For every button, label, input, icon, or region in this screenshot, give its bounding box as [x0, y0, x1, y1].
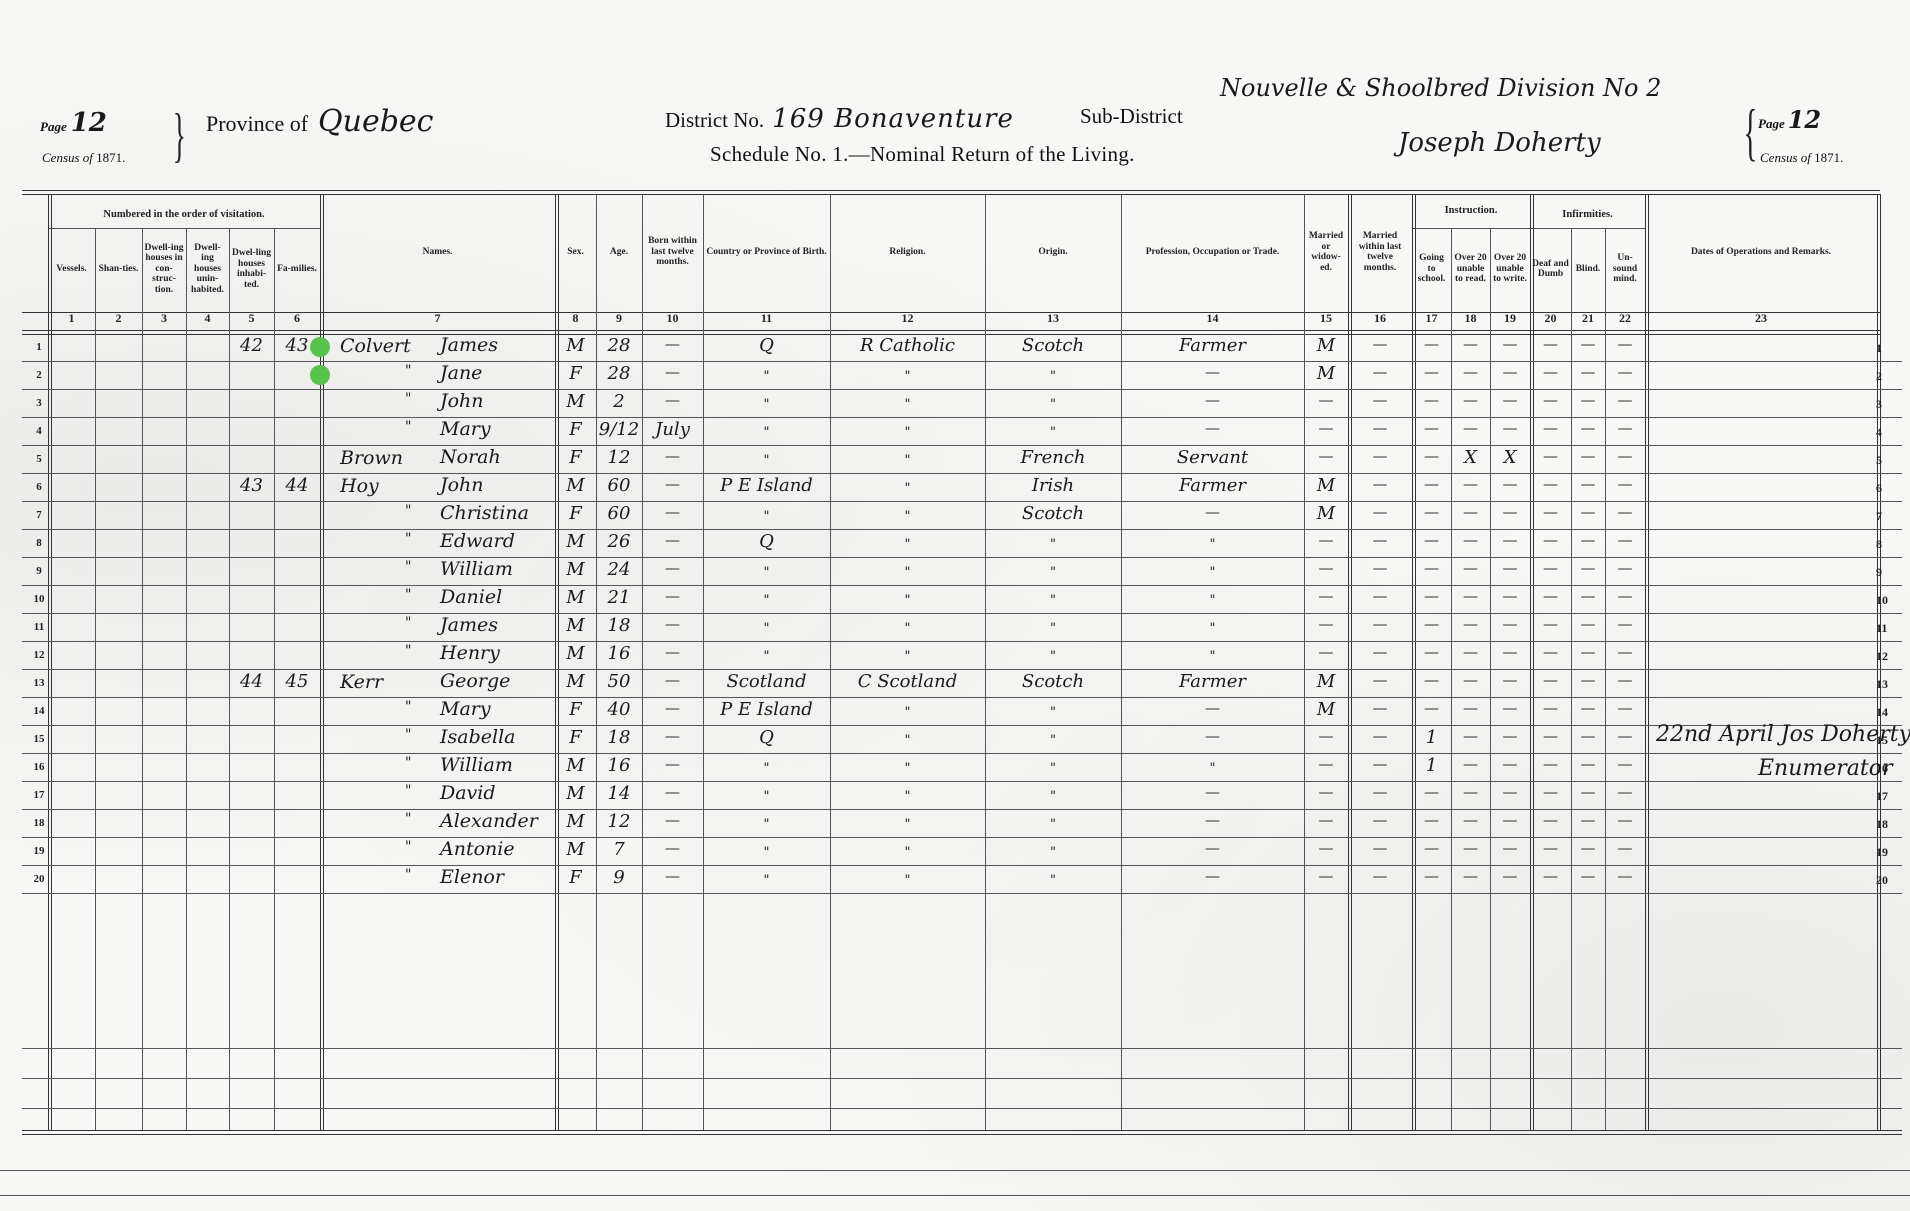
column-number-8: 8	[555, 311, 596, 326]
surname-cell: "	[405, 699, 411, 715]
origin-cell: "	[985, 761, 1121, 776]
row-marker-dot[interactable]	[310, 365, 330, 385]
age-cell: 21	[596, 587, 642, 608]
subdistrict-value: Nouvelle & Shoolbred Division No 2	[1220, 74, 1661, 102]
row-divider	[22, 473, 1902, 474]
read-cell: X	[1451, 447, 1490, 468]
read-cell: —	[1451, 587, 1490, 605]
family-cell: 44	[274, 475, 320, 496]
married-cell: —	[1304, 755, 1348, 773]
column-divider	[142, 228, 143, 1130]
age-cell: 18	[596, 727, 642, 748]
deaf-cell: —	[1530, 671, 1571, 689]
column-header-10: Born within last twelve months.	[644, 196, 701, 308]
birth-cell: "	[703, 845, 830, 860]
row-divider	[22, 585, 1902, 586]
school-cell: —	[1412, 559, 1451, 577]
mwl-cell: —	[1348, 839, 1412, 857]
write-cell: —	[1490, 867, 1530, 885]
surname-cell: "	[405, 839, 411, 855]
row-number-left: 10	[30, 593, 48, 605]
mwl-cell: —	[1348, 503, 1412, 521]
religion-cell: "	[830, 537, 985, 552]
blind-cell: —	[1571, 755, 1605, 773]
unsound-cell: —	[1605, 783, 1645, 801]
birth-cell: "	[703, 397, 830, 412]
born-cell: —	[642, 447, 703, 465]
blind-cell: —	[1571, 531, 1605, 549]
deaf-cell: —	[1530, 783, 1571, 801]
married-cell: —	[1304, 531, 1348, 549]
school-cell: —	[1412, 643, 1451, 661]
column-number-10: 10	[642, 311, 703, 326]
origin-cell: "	[985, 397, 1121, 412]
married-cell: M	[1304, 363, 1348, 384]
unsound-cell: —	[1605, 391, 1645, 409]
row-number-right: 12	[1876, 649, 1888, 664]
school-cell: —	[1412, 531, 1451, 549]
birth-cell: "	[703, 565, 830, 580]
province-field: Province ofQuebec	[206, 104, 433, 139]
blank-row-divider	[22, 1048, 1902, 1049]
column-number-14: 14	[1121, 311, 1304, 326]
row-number-right: 11	[1876, 621, 1887, 636]
birth-cell: "	[703, 621, 830, 636]
column-header-18: Over 20 unable to read.	[1453, 230, 1488, 308]
given-name-cell: Daniel	[440, 586, 550, 608]
sex-cell: F	[555, 699, 596, 720]
write-cell: —	[1490, 531, 1530, 549]
birth-cell: Scotland	[703, 671, 830, 692]
occupation-cell: —	[1121, 363, 1304, 381]
born-cell: —	[642, 643, 703, 661]
column-header-4: Dwell-ing houses unin-habited.	[188, 230, 227, 308]
row-number-left: 3	[30, 397, 48, 409]
row-number-right: 19	[1876, 845, 1888, 860]
unsound-cell: —	[1605, 867, 1645, 885]
write-cell: —	[1490, 335, 1530, 353]
mwl-cell: —	[1348, 783, 1412, 801]
write-cell: —	[1490, 391, 1530, 409]
married-cell: —	[1304, 811, 1348, 829]
age-cell: 26	[596, 531, 642, 552]
row-divider	[22, 893, 1902, 894]
born-cell: —	[642, 531, 703, 549]
married-cell: —	[1304, 643, 1348, 661]
school-cell: —	[1412, 783, 1451, 801]
deaf-cell: —	[1530, 559, 1571, 577]
married-cell: —	[1304, 839, 1348, 857]
occupation-cell: Farmer	[1121, 475, 1304, 496]
page-label: Page	[1758, 116, 1785, 131]
read-cell: —	[1451, 643, 1490, 661]
write-cell: —	[1490, 559, 1530, 577]
sex-cell: M	[555, 643, 596, 664]
age-cell: 2	[596, 391, 642, 412]
given-name-cell: Antonie	[440, 838, 550, 860]
occupation-cell: Farmer	[1121, 671, 1304, 692]
row-number-left: 4	[30, 425, 48, 437]
religion-cell: C Scotland	[830, 671, 985, 692]
age-cell: 12	[596, 447, 642, 468]
origin-cell: "	[985, 369, 1121, 384]
birth-cell: "	[703, 425, 830, 440]
sex-cell: M	[555, 839, 596, 860]
age-cell: 40	[596, 699, 642, 720]
blind-cell: —	[1571, 559, 1605, 577]
born-cell: —	[642, 391, 703, 409]
column-divider	[186, 228, 187, 1130]
column-header-7: Names.	[322, 196, 553, 308]
school-cell: —	[1412, 447, 1451, 465]
deaf-cell: —	[1530, 475, 1571, 493]
unsound-cell: —	[1605, 447, 1645, 465]
write-cell: —	[1490, 503, 1530, 521]
given-name-cell: Jane	[440, 362, 550, 384]
row-number-left: 8	[30, 537, 48, 549]
birth-cell: "	[703, 789, 830, 804]
unsound-cell: —	[1605, 587, 1645, 605]
row-divider	[22, 753, 1902, 754]
surname-cell: "	[405, 503, 411, 519]
surname-cell: "	[405, 419, 411, 435]
row-divider	[22, 445, 1902, 446]
infirmities-group-header: Infirmities.	[1530, 209, 1645, 220]
origin-cell: "	[985, 733, 1121, 748]
row-divider	[22, 529, 1902, 530]
surname-cell: "	[405, 643, 411, 659]
married-cell: —	[1304, 727, 1348, 745]
row-number-left: 17	[30, 789, 48, 801]
row-number-right: 14	[1876, 705, 1888, 720]
deaf-cell: —	[1530, 587, 1571, 605]
origin-cell: "	[985, 845, 1121, 860]
infirmities-group-line	[1530, 228, 1645, 229]
given-name-cell: William	[440, 558, 550, 580]
read-cell: —	[1451, 755, 1490, 773]
surname-cell: Colvert	[340, 335, 411, 357]
school-cell: —	[1412, 615, 1451, 633]
row-number-right: 5	[1876, 453, 1882, 468]
row-number-right: 7	[1876, 509, 1882, 524]
row-number-right: 2	[1876, 369, 1882, 384]
born-cell: —	[642, 699, 703, 717]
religion-cell: "	[830, 369, 985, 384]
row-number-left: 14	[30, 705, 48, 717]
deaf-cell: —	[1530, 643, 1571, 661]
sex-cell: M	[555, 587, 596, 608]
blind-cell: —	[1571, 503, 1605, 521]
column-number-16: 16	[1348, 311, 1412, 326]
occupation-cell: —	[1121, 391, 1304, 409]
religion-cell: "	[830, 817, 985, 832]
born-cell: —	[642, 587, 703, 605]
mwl-cell: —	[1348, 559, 1412, 577]
surname-cell: Kerr	[340, 671, 383, 693]
column-header-9: Age.	[598, 196, 640, 308]
married-cell: M	[1304, 671, 1348, 692]
blind-cell: —	[1571, 671, 1605, 689]
write-cell: —	[1490, 671, 1530, 689]
row-number-left: 1	[30, 341, 48, 353]
married-cell: M	[1304, 503, 1348, 524]
column-header-20: Deaf and Dumb	[1532, 230, 1569, 308]
blind-cell: —	[1571, 419, 1605, 437]
religion-cell: "	[830, 873, 985, 888]
surname-cell: Brown	[340, 447, 403, 469]
school-cell: —	[1412, 587, 1451, 605]
sex-cell: M	[555, 615, 596, 636]
given-name-cell: John	[440, 474, 550, 496]
row-number-left: 11	[30, 621, 48, 633]
sex-cell: F	[555, 867, 596, 888]
column-number-9: 9	[596, 311, 642, 326]
schedule-title: Schedule No. 1.—Nominal Return of the Li…	[710, 142, 1135, 167]
blind-cell: —	[1571, 699, 1605, 717]
occupation-cell: "	[1121, 761, 1304, 776]
school-cell: —	[1412, 391, 1451, 409]
write-cell: —	[1490, 755, 1530, 773]
column-header-2: Shan-ties.	[97, 230, 140, 308]
unsound-cell: —	[1605, 419, 1645, 437]
school-cell: 1	[1412, 727, 1451, 748]
surname-cell: Hoy	[340, 475, 379, 497]
given-name-cell: Henry	[440, 642, 550, 664]
read-cell: —	[1451, 867, 1490, 885]
born-cell: —	[642, 335, 703, 353]
deaf-cell: —	[1530, 699, 1571, 717]
column-number-7: 7	[320, 311, 555, 326]
given-name-cell: George	[440, 670, 550, 692]
house-cell: 44	[229, 671, 274, 692]
column-header-16: Married within last twelve months.	[1350, 196, 1410, 308]
mwl-cell: —	[1348, 531, 1412, 549]
write-cell: —	[1490, 587, 1530, 605]
married-cell: —	[1304, 867, 1348, 885]
origin-cell: "	[985, 705, 1121, 720]
row-number-left: 2	[30, 369, 48, 381]
age-cell: 14	[596, 783, 642, 804]
house-cell: 42	[229, 335, 274, 356]
given-name-cell: Christina	[440, 502, 550, 524]
row-number-right: 18	[1876, 817, 1888, 832]
read-cell: —	[1451, 811, 1490, 829]
unsound-cell: —	[1605, 531, 1645, 549]
religion-cell: "	[830, 593, 985, 608]
religion-cell: "	[830, 705, 985, 720]
read-cell: —	[1451, 391, 1490, 409]
unsound-cell: —	[1605, 811, 1645, 829]
row-number-left: 12	[30, 649, 48, 661]
row-number-left: 9	[30, 565, 48, 577]
origin-cell: "	[985, 593, 1121, 608]
column-header-3: Dwell-ing houses in con-struc-tion.	[144, 230, 184, 308]
column-header-11: Country or Province of Birth.	[705, 196, 828, 308]
column-number-20: 20	[1530, 311, 1571, 326]
mwl-cell: —	[1348, 755, 1412, 773]
row-number-right: 10	[1876, 593, 1888, 608]
unsound-cell: —	[1605, 643, 1645, 661]
origin-cell: Scotch	[985, 503, 1121, 524]
column-header-8: Sex.	[557, 196, 594, 308]
brace-right: {	[1743, 100, 1757, 164]
row-number-right: 6	[1876, 481, 1882, 496]
age-cell: 7	[596, 839, 642, 860]
mwl-cell: —	[1348, 699, 1412, 717]
remarks-date-signature: 22nd April Jos Doherty	[1656, 722, 1910, 747]
column-number-21: 21	[1571, 311, 1605, 326]
born-cell: —	[642, 615, 703, 633]
given-name-cell: Alexander	[440, 810, 550, 832]
read-cell: —	[1451, 503, 1490, 521]
unsound-cell: —	[1605, 755, 1645, 773]
age-cell: 28	[596, 335, 642, 356]
married-cell: —	[1304, 391, 1348, 409]
married-cell: —	[1304, 587, 1348, 605]
unsound-cell: —	[1605, 335, 1645, 353]
column-divider	[1645, 194, 1649, 1130]
married-cell: —	[1304, 559, 1348, 577]
sex-cell: M	[555, 531, 596, 552]
sex-cell: F	[555, 419, 596, 440]
religion-cell: "	[830, 845, 985, 860]
sex-cell: M	[555, 755, 596, 776]
occupation-cell: —	[1121, 839, 1304, 857]
occupation-cell: Servant	[1121, 447, 1304, 468]
origin-cell: "	[985, 537, 1121, 552]
occupation-cell: —	[1121, 867, 1304, 885]
row-divider	[22, 361, 1902, 362]
row-number-right: 9	[1876, 565, 1882, 580]
column-header-21: Blind.	[1573, 230, 1603, 308]
column-number-5: 5	[229, 311, 274, 326]
sex-cell: F	[555, 503, 596, 524]
born-cell: —	[642, 755, 703, 773]
visitation-group-header: Numbered in the order of visitation.	[48, 209, 320, 220]
column-number-23: 23	[1645, 311, 1877, 326]
deaf-cell: —	[1530, 839, 1571, 857]
page-number-right: Page12	[1758, 105, 1821, 134]
birth-cell: "	[703, 817, 830, 832]
page-number-value: 12	[1788, 105, 1821, 134]
column-header-17: Going to school.	[1414, 230, 1449, 308]
unsound-cell: —	[1605, 615, 1645, 633]
age-cell: 28	[596, 363, 642, 384]
sex-cell: F	[555, 727, 596, 748]
column-number-22: 22	[1605, 311, 1645, 326]
column-number-12: 12	[830, 311, 985, 326]
write-cell: X	[1490, 447, 1530, 468]
blind-cell: —	[1571, 335, 1605, 353]
row-number-left: 16	[30, 761, 48, 773]
write-cell: —	[1490, 727, 1530, 745]
given-name-cell: James	[440, 334, 550, 356]
mwl-cell: —	[1348, 811, 1412, 829]
occupation-cell: "	[1121, 537, 1304, 552]
column-header-12: Religion.	[832, 196, 983, 308]
district-label: District No.	[665, 108, 764, 132]
given-name-cell: Mary	[440, 418, 550, 440]
surname-cell: "	[405, 587, 411, 603]
sex-cell: M	[555, 559, 596, 580]
age-cell: 60	[596, 503, 642, 524]
mwl-cell: —	[1348, 447, 1412, 465]
census-label: Census of	[1760, 150, 1811, 165]
column-number-4: 4	[186, 311, 229, 326]
sex-cell: M	[555, 671, 596, 692]
column-header-6: Fa-milies.	[276, 230, 318, 308]
surname-cell: "	[405, 615, 411, 631]
table-bottom-border	[22, 1130, 1902, 1135]
visitation-group-line	[48, 228, 320, 229]
sex-cell: F	[555, 363, 596, 384]
occupation-cell: —	[1121, 503, 1304, 521]
given-name-cell: William	[440, 754, 550, 776]
school-cell: —	[1412, 475, 1451, 493]
unsound-cell: —	[1605, 671, 1645, 689]
census-label: Census of	[42, 150, 93, 165]
occupation-cell: —	[1121, 727, 1304, 745]
blind-cell: —	[1571, 615, 1605, 633]
surname-cell: "	[405, 559, 411, 575]
row-divider	[22, 389, 1902, 390]
surname-cell: "	[405, 363, 411, 379]
given-name-cell: David	[440, 782, 550, 804]
district-field: District No.169 Bonaventure	[665, 104, 1014, 134]
row-divider	[22, 725, 1902, 726]
deaf-cell: —	[1530, 363, 1571, 381]
write-cell: —	[1490, 615, 1530, 633]
blind-cell: —	[1571, 447, 1605, 465]
row-marker-dot[interactable]	[310, 337, 330, 357]
district-value: 169 Bonaventure	[772, 104, 1014, 134]
blind-cell: —	[1571, 839, 1605, 857]
row-number-right: 8	[1876, 537, 1882, 552]
religion-cell: "	[830, 453, 985, 468]
blind-cell: —	[1571, 587, 1605, 605]
surname-cell: "	[405, 727, 411, 743]
remarks-enumerator: Enumerator	[1758, 756, 1893, 781]
mwl-cell: —	[1348, 391, 1412, 409]
row-number-left: 19	[30, 845, 48, 857]
birth-cell: P E Island	[703, 475, 830, 496]
row-number-left: 5	[30, 453, 48, 465]
school-cell: —	[1412, 867, 1451, 885]
surname-cell: "	[405, 811, 411, 827]
religion-cell: "	[830, 789, 985, 804]
married-cell: M	[1304, 699, 1348, 720]
row-number-left: 7	[30, 509, 48, 521]
occupation-cell: "	[1121, 621, 1304, 636]
page-label: Page	[40, 119, 67, 134]
row-number-left: 6	[30, 481, 48, 493]
column-header-15: Married or widow-ed.	[1306, 196, 1346, 308]
occupation-cell: Farmer	[1121, 335, 1304, 356]
origin-cell: Irish	[985, 475, 1121, 496]
birth-cell: Q	[703, 727, 830, 748]
school-cell: —	[1412, 419, 1451, 437]
married-cell: M	[1304, 335, 1348, 356]
write-cell: —	[1490, 419, 1530, 437]
birth-cell: P E Island	[703, 699, 830, 720]
province-label: Province of	[206, 111, 308, 136]
origin-cell: "	[985, 817, 1121, 832]
write-cell: —	[1490, 475, 1530, 493]
enumerator-signature: Joseph Doherty	[1398, 128, 1601, 158]
write-cell: —	[1490, 363, 1530, 381]
age-cell: 12	[596, 811, 642, 832]
blank-row-divider	[22, 1108, 1902, 1109]
